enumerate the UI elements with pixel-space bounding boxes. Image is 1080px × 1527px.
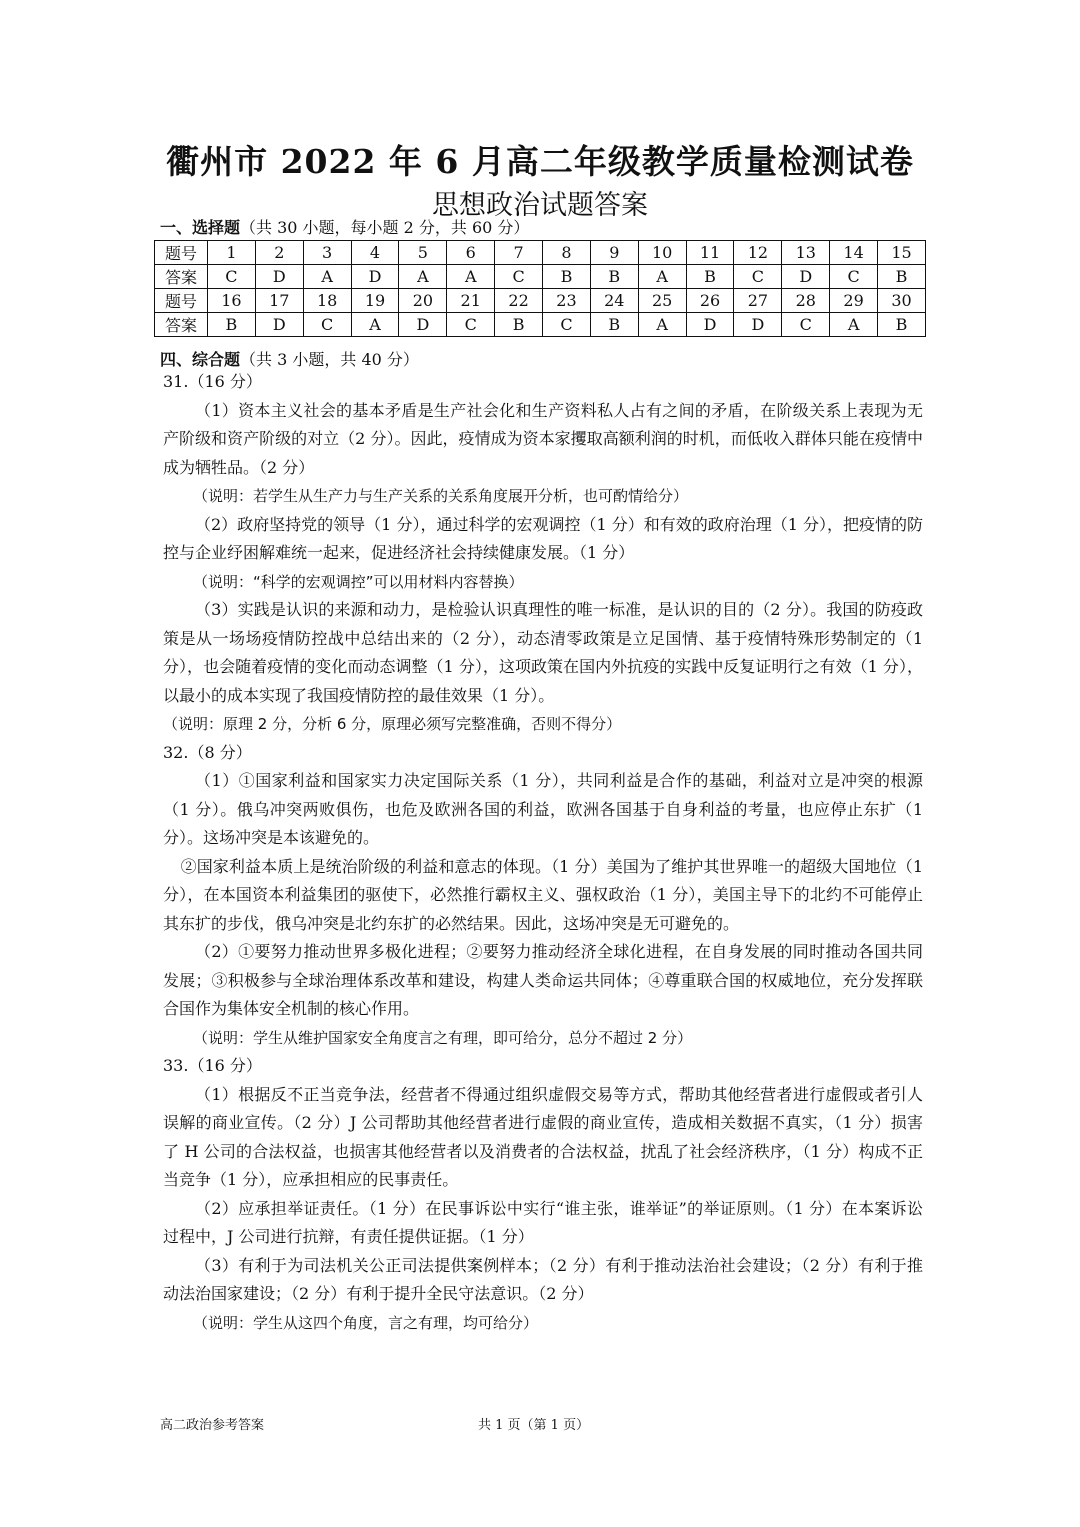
question-number-cell: 3 <box>303 241 351 265</box>
row-label: 答案 <box>155 265 208 289</box>
question-number-cell: 10 <box>638 241 686 265</box>
answer-cell: B <box>590 265 638 289</box>
q33-part1: （1）根据反不正当竞争法，经营者不得通过组织虚假交易等方式，帮助其他经营者进行虚… <box>163 1081 923 1195</box>
answer-cell: D <box>255 265 303 289</box>
q32-title: 32.（8 分） <box>163 739 923 768</box>
answer-cell: C <box>208 265 256 289</box>
row-label: 题号 <box>155 241 208 265</box>
answer-cell: C <box>543 313 591 337</box>
question-number-cell: 4 <box>351 241 399 265</box>
question-number-cell: 11 <box>686 241 734 265</box>
answer-cell: C <box>734 265 782 289</box>
q31-note1: （说明：若学生从生产力与生产关系的关系角度展开分析，也可酌情给分） <box>163 482 923 511</box>
question-number-cell: 1 <box>208 241 256 265</box>
answer-cell: B <box>686 265 734 289</box>
answer-cell: C <box>495 265 543 289</box>
q31-part1: （1）资本主义社会的基本矛盾是生产社会化和生产资料私人占有之间的矛盾，在阶级关系… <box>163 397 923 483</box>
q31-note3: （说明：原理 2 分，分析 6 分，原理必须写完整准确，否则不得分） <box>163 710 923 739</box>
answers-body: 31.（16 分） （1）资本主义社会的基本矛盾是生产社会化和生产资料私人占有之… <box>163 368 923 1337</box>
question-number-cell: 28 <box>782 289 830 313</box>
q31-part2: （2）政府坚持党的领导（1 分），通过科学的宏观调控（1 分）和有效的政府治理（… <box>163 511 923 568</box>
q31-part3: （3）实践是认识的来源和动力，是检验认识真理性的唯一标准，是认识的目的（2 分）… <box>163 596 923 710</box>
q33-note1: （说明：学生从这四个角度，言之有理，均可给分） <box>163 1309 923 1338</box>
section1-title: 一、选择题 <box>160 218 240 237</box>
question-number-cell: 24 <box>590 289 638 313</box>
question-number-cell: 25 <box>638 289 686 313</box>
q33-part2: （2）应承担举证责任。（1 分）在民事诉讼中实行“谁主张，谁举证”的举证原则。（… <box>163 1195 923 1252</box>
answer-cell: A <box>830 313 878 337</box>
question-number-cell: 20 <box>399 289 447 313</box>
answer-cell: A <box>399 265 447 289</box>
page-title: 衢州市 2022 年 6 月高二年级教学质量检测试卷 <box>0 136 1080 183</box>
answer-cell: A <box>447 265 495 289</box>
answer-cell: B <box>495 313 543 337</box>
answer-cell: B <box>543 265 591 289</box>
answer-cell: D <box>686 313 734 337</box>
question-number-cell: 5 <box>399 241 447 265</box>
section4-desc: （共 3 小题，共 40 分） <box>240 350 419 369</box>
table-row-answers-1: 答案CDADAACBBABCDCB <box>155 265 926 289</box>
question-number-cell: 23 <box>543 289 591 313</box>
answer-cell: D <box>782 265 830 289</box>
q33-title: 33.（16 分） <box>163 1052 923 1081</box>
question-number-cell: 2 <box>255 241 303 265</box>
question-number-cell: 7 <box>495 241 543 265</box>
section1-desc: （共 30 小题，每小题 2 分，共 60 分） <box>240 218 529 237</box>
question-number-cell: 14 <box>830 241 878 265</box>
question-number-cell: 17 <box>255 289 303 313</box>
answer-cell: A <box>351 313 399 337</box>
answer-cell: A <box>303 265 351 289</box>
row-label: 题号 <box>155 289 208 313</box>
question-number-cell: 15 <box>878 241 926 265</box>
answer-cell: B <box>208 313 256 337</box>
answer-cell: D <box>255 313 303 337</box>
answer-cell: B <box>590 313 638 337</box>
answer-cell: D <box>399 313 447 337</box>
footer-left: 高二政治参考答案 <box>160 1414 264 1433</box>
q31-title: 31.（16 分） <box>163 368 923 397</box>
q32-note1: （说明：学生从维护国家安全角度言之有理，即可给分，总分不超过 2 分） <box>163 1024 923 1053</box>
answer-table: 题号123456789101112131415 答案CDADAACBBABCDC… <box>154 240 926 337</box>
section1-heading: 一、选择题（共 30 小题，每小题 2 分，共 60 分） <box>160 215 529 238</box>
section4-heading: 四、综合题（共 3 小题，共 40 分） <box>160 347 419 370</box>
answer-cell: A <box>638 313 686 337</box>
q33-part3: （3）有利于为司法机关公正司法提供案例样本；（2 分）有利于推动法治社会建设；（… <box>163 1252 923 1309</box>
question-number-cell: 6 <box>447 241 495 265</box>
question-number-cell: 9 <box>590 241 638 265</box>
q32-part1: （1）①国家利益和国家实力决定国际关系（1 分），共同利益是合作的基础，利益对立… <box>163 767 923 853</box>
question-number-cell: 27 <box>734 289 782 313</box>
question-number-cell: 19 <box>351 289 399 313</box>
row-label: 答案 <box>155 313 208 337</box>
table-row-questions-1: 题号123456789101112131415 <box>155 241 926 265</box>
question-number-cell: 13 <box>782 241 830 265</box>
answer-cell: D <box>351 265 399 289</box>
table-row-questions-2: 题号161718192021222324252627282930 <box>155 289 926 313</box>
question-number-cell: 21 <box>447 289 495 313</box>
question-number-cell: 22 <box>495 289 543 313</box>
answer-cell: D <box>734 313 782 337</box>
q31-note2: （说明：“科学的宏观调控”可以用材料内容替换） <box>163 568 923 597</box>
footer-page: 共 1 页（第 1 页） <box>478 1414 589 1433</box>
question-number-cell: 29 <box>830 289 878 313</box>
answer-cell: C <box>782 313 830 337</box>
q32-part1-2: ②国家利益本质上是统治阶级的利益和意志的体现。（1 分）美国为了维护其世界唯一的… <box>163 853 923 939</box>
answer-cell: C <box>830 265 878 289</box>
answer-cell: C <box>303 313 351 337</box>
answer-cell: B <box>878 313 926 337</box>
table-row-answers-2: 答案BDCADCBCBADDCAB <box>155 313 926 337</box>
question-number-cell: 12 <box>734 241 782 265</box>
answer-cell: A <box>638 265 686 289</box>
q32-part2: （2）①要努力推动世界多极化进程；②要努力推动经济全球化进程，在自身发展的同时推… <box>163 938 923 1024</box>
question-number-cell: 26 <box>686 289 734 313</box>
section4-title: 四、综合题 <box>160 350 240 369</box>
answer-cell: C <box>447 313 495 337</box>
question-number-cell: 8 <box>543 241 591 265</box>
answer-cell: B <box>878 265 926 289</box>
question-number-cell: 30 <box>878 289 926 313</box>
question-number-cell: 18 <box>303 289 351 313</box>
question-number-cell: 16 <box>208 289 256 313</box>
